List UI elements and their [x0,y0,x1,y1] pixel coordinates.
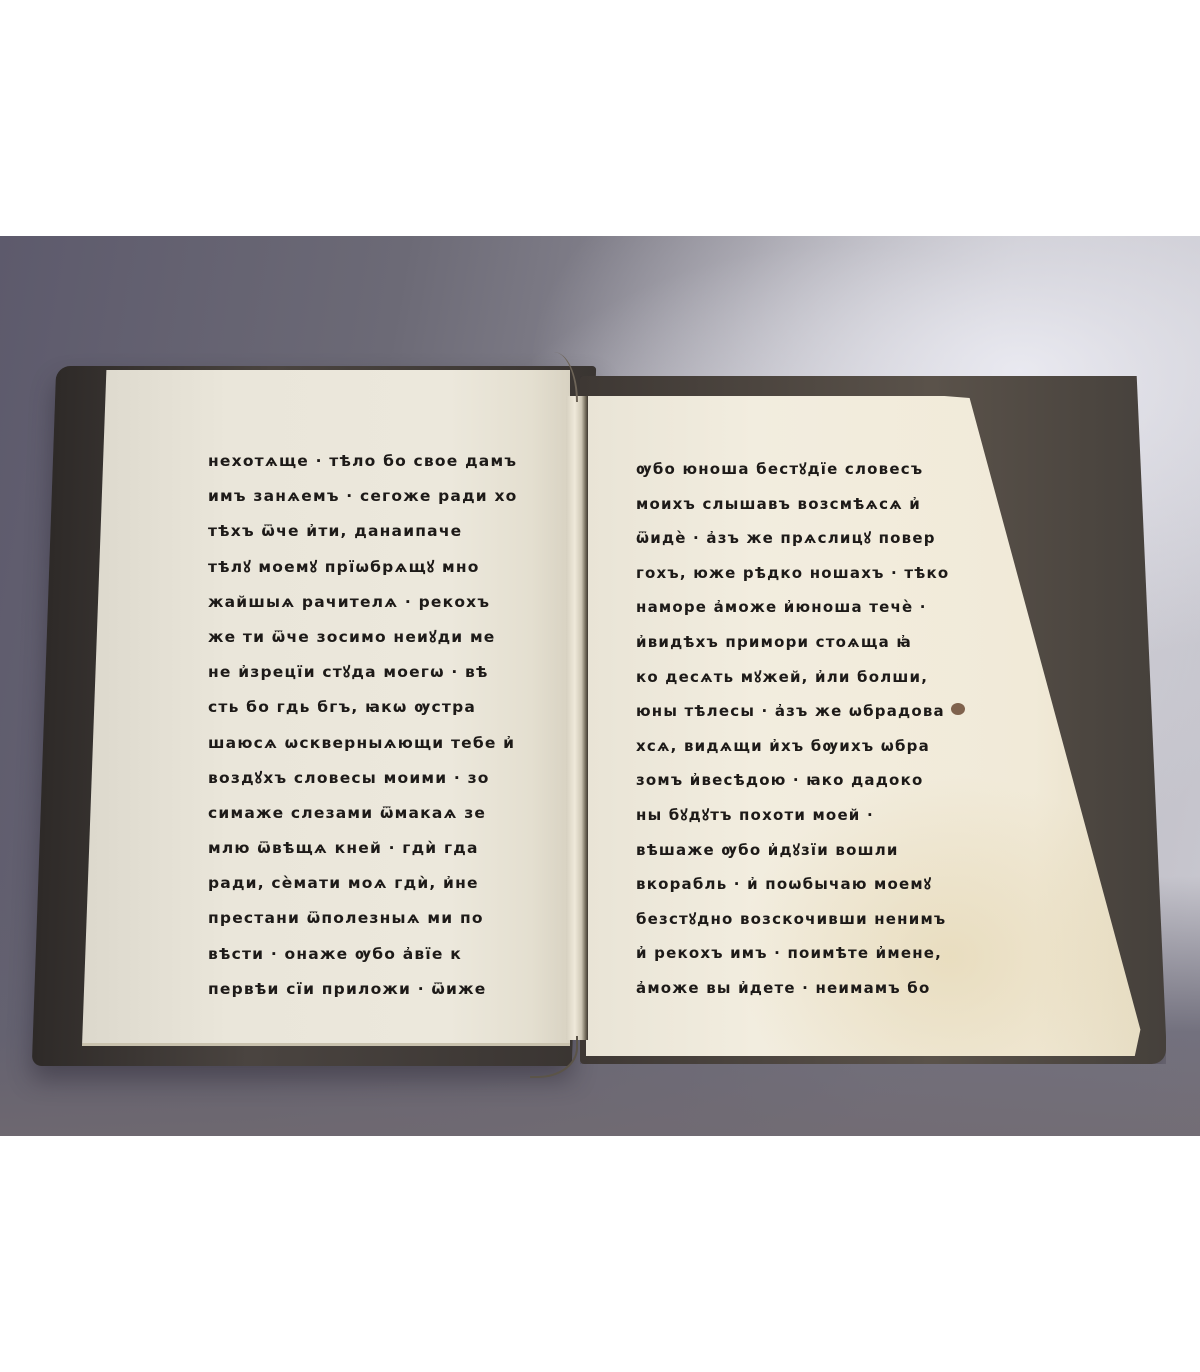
text-line: наморе а҆може и҆юноша течѐ · [636,590,949,625]
text-line: ѹбо юноша бестꙋдїе словесъ [636,452,949,487]
text-line: нехотѧще · тѣло бо свое дамъ [208,444,518,479]
book-gutter [566,396,588,1040]
text-line: вѣшаже ѹбо и҆дꙋзїи вошли [636,833,949,868]
text-line: тѣхъ ѿче и҆ти, данаипаче [208,514,518,549]
text-line: зомъ и҆весѣдою · ꙗко дадоко [636,763,949,798]
text-line: же ти ѿче зосимо неиꙋди ме [208,620,518,655]
text-line: тѣлꙋ моемꙋ прїѡбрѧщꙋ мно [208,550,518,585]
text-line: и҆видѣхъ примори стоѧща ꙗ҆ [636,625,949,660]
text-line: вкорабль · и҆ поѡбычаю моемꙋ [636,867,949,902]
text-line: ко десѧть мꙋжей, и҆ли болши, [636,660,949,695]
text-line: и҆ рекохъ имъ · поимѣте и҆мене, [636,936,949,971]
text-line: гохъ, юже рѣдко ношахъ · тѣко [636,556,949,591]
text-line: не и҆зрецїи стꙋда моегѡ · вѣ [208,655,518,690]
photograph: нехотѧще · тѣло бо свое дамъ имъ занѧемъ… [0,236,1200,1136]
text-line: вѣсти · онаже ѹбо а҆вїе к [208,937,518,972]
text-line: безстꙋдно возскочивши ненимъ [636,902,949,937]
text-line: млю ѿвѣщѧ кней · гдѝ гда [208,831,518,866]
text-line: моихъ слышавъ возсмѣѧсѧ и҆ [636,487,949,522]
text-line: ѿидѐ · а҆зъ же прѧслицꙋ повер [636,521,949,556]
text-line: ны бꙋдꙋтъ похоти моей · [636,798,949,833]
text-line: шаюсѧ ѡскверныѧющи тебе и҆ [208,726,518,761]
text-line: имъ занѧемъ · сегоже ради хо [208,479,518,514]
text-line: престани ѿполезныѧ ми по [208,901,518,936]
left-page-text: нехотѧще · тѣло бо свое дамъ имъ занѧемъ… [208,444,518,1007]
ink-stain [951,703,965,715]
text-line: симаже слезами ѿмакаѧ зе [208,796,518,831]
text-line: жайшыѧ рачителѧ · рекохъ [208,585,518,620]
text-line: хсѧ, видѧщи и҆хъ бѹихъ ѡбра [636,729,949,764]
text-line: ради, сѐмати моѧ гдѝ, и҆не [208,866,518,901]
right-page-text: ѹбо юноша бестꙋдїе словесъ моихъ слышавъ… [636,452,949,1006]
text-line: а҆може вы и҆дете · неимамъ бо [636,971,949,1006]
binding-thread-top [552,352,578,402]
text-line: первѣи сїи приложи · ѿиже [208,972,518,1007]
text-line: юны тѣлесы · а҆зъ же ѡбрадова [636,694,949,729]
text-line: сть бо гдь бгъ, ꙗкѡ ѹстра [208,690,518,725]
text-line: воздꙋхъ словесы моими · зо [208,761,518,796]
